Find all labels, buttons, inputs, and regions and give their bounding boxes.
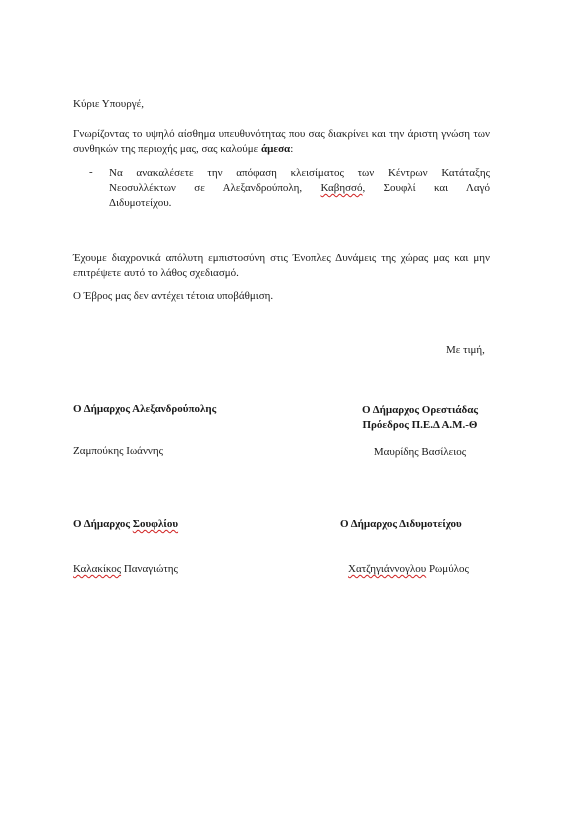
intro-paragraph: Γνωρίζοντας το υψηλό αίσθημα υπευθυνότητ… <box>73 127 490 157</box>
closing: Με τιμή, <box>446 344 485 356</box>
signatory-alexandroupoli-name: Ζαμπούκης Ιωάννης <box>73 445 163 457</box>
paragraph-trust: Έχουμε διαχρονικά απόλυτη εμπιστοσύνη στ… <box>73 251 490 281</box>
signatory-alexandroupoli-title: Ο Δήμαρχος Αλεξανδρούπολης <box>73 403 216 415</box>
signatory-orestiada-title: Ο Δήμαρχος Ορεστιάδας <box>330 403 510 418</box>
signatory-didymoteicho-name: Χατζηγιάννογλου Ρωμύλος <box>348 563 469 575</box>
bullet-line-1: Να ανακαλέσετε την απόφαση κλεισίματος τ… <box>109 166 490 181</box>
misspelled-word[interactable]: Σουφλίου <box>133 518 178 530</box>
bullet-line-2: Νεοσυλλέκτων σε Αλεξανδρούπολη, Καβησσό,… <box>109 181 490 196</box>
signatory-didymoteicho-title: Ο Δήμαρχος Διδυμοτείχου <box>340 518 462 530</box>
bullet-line-3: Διδυμοτείχου. <box>109 196 490 211</box>
signatory-orestiada-name: Μαυρίδης Βασίλειος <box>330 445 510 460</box>
signatory-didymoteicho-name-rest: Ρωμύλος <box>426 563 469 575</box>
bullet-item: Να ανακαλέσετε την απόφαση κλεισίματος τ… <box>109 166 490 211</box>
bullet-marker: - <box>89 166 93 178</box>
misspelled-word[interactable]: Καλακίκος <box>73 563 121 575</box>
signatory-soufli-name-rest: Παναγιώτης <box>121 563 178 575</box>
signatory-soufli-title: Ο Δήμαρχος Σουφλίου <box>73 518 178 530</box>
paragraph-evros: Ο Έβρος μας δεν αντέχει τέτοια υποβάθμισ… <box>73 290 273 302</box>
signatory-orestiada-title-block: Ο Δήμαρχος Ορεστιάδας Πρόεδρος Π.Ε.Δ Α.Μ… <box>330 403 510 433</box>
bullet-line-2-text: Νεοσυλλέκτων σε Αλεξανδρούπολη, <box>109 182 320 194</box>
signatory-soufli-name: Καλακίκος Παναγιώτης <box>73 563 178 575</box>
intro-emphasis: άμεσα <box>261 143 290 155</box>
bullet-line-2-rest: , Σουφλί και Λαγό <box>363 182 491 194</box>
misspelled-word[interactable]: Καβησσό <box>320 182 362 194</box>
misspelled-word[interactable]: Χατζηγιάννογλου <box>348 563 426 575</box>
salutation: Κύριε Υπουργέ, <box>73 98 144 110</box>
signatory-soufli-title-prefix: Ο Δήμαρχος <box>73 518 133 530</box>
signatory-orestiada-subtitle: Πρόεδρος Π.Ε.Δ Α.Μ.-Θ <box>330 418 510 433</box>
intro-colon: : <box>290 143 293 155</box>
